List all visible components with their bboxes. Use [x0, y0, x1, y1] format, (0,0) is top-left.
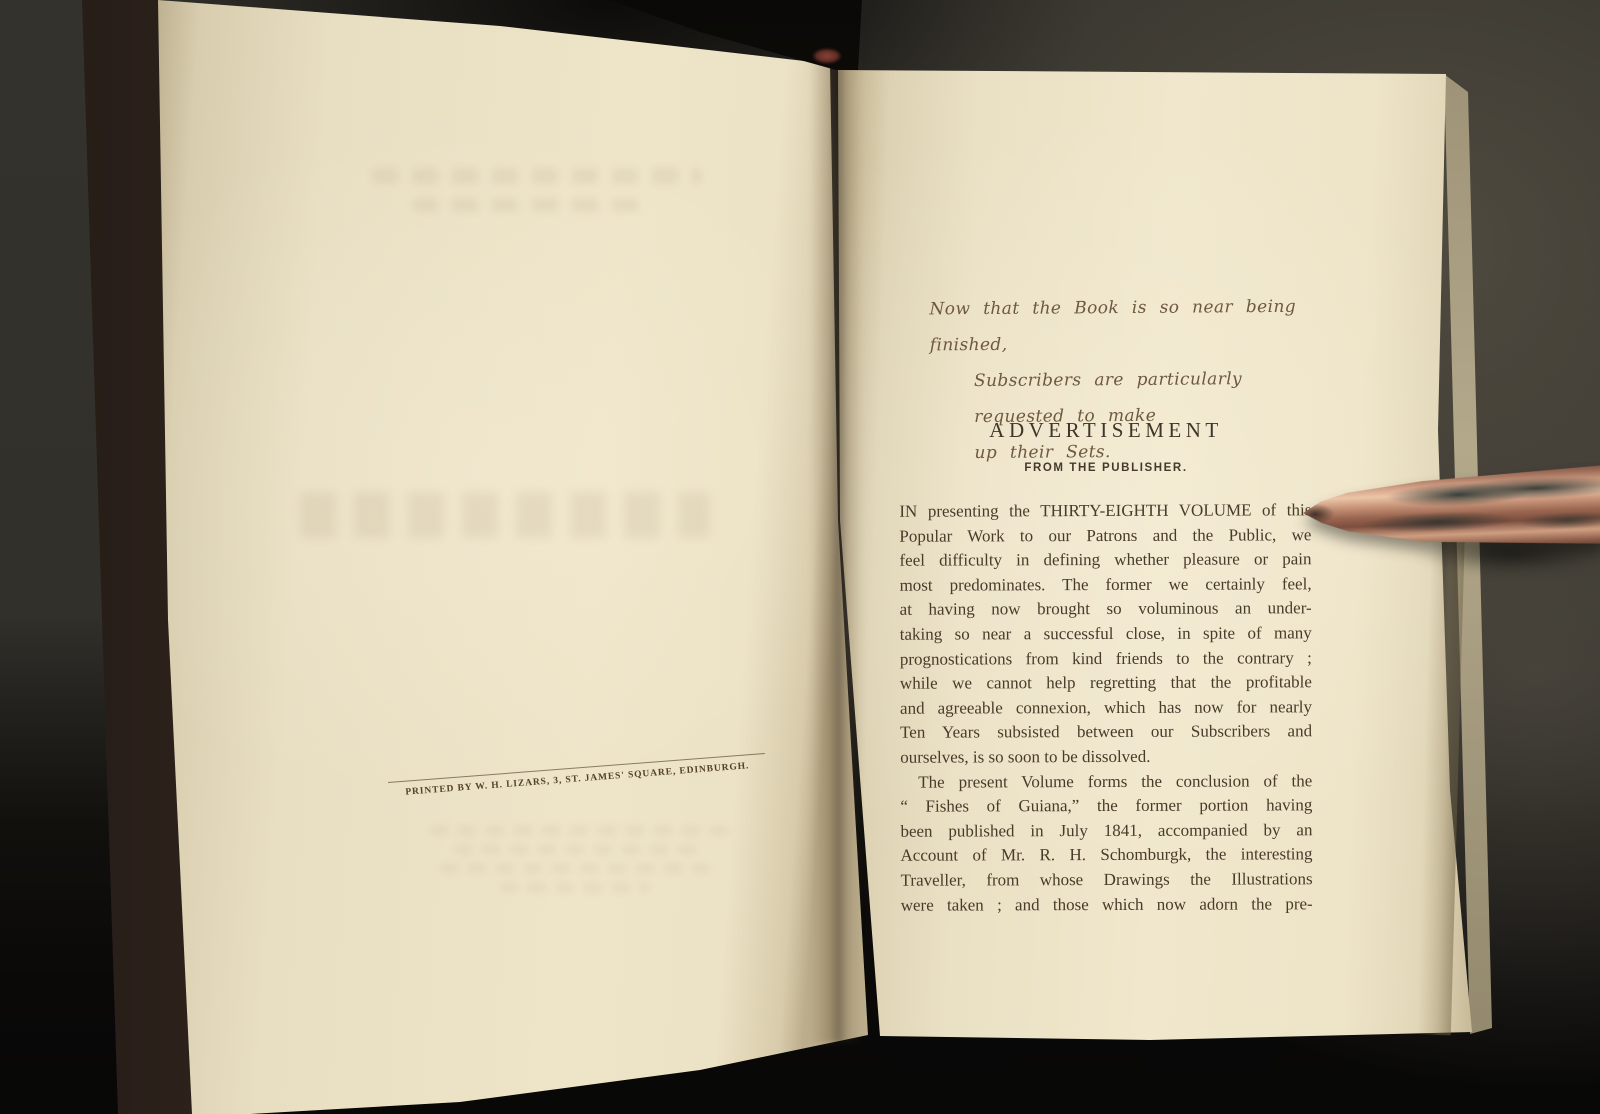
body-line: ourselves, is so soon to be dissolved. — [900, 744, 1312, 770]
body-line: at having now brought so voluminous an u… — [900, 597, 1312, 623]
body-line: and agreeable connexion, which has now f… — [900, 695, 1312, 721]
body-line: The present Volume forms the conclusion … — [900, 769, 1312, 795]
body-line: taking so near a successful close, in sp… — [900, 621, 1312, 647]
body-line: Account of Mr. R. H. Schomburgk, the int… — [900, 843, 1312, 869]
show-through-ghost — [430, 826, 730, 902]
pen — [1301, 459, 1600, 558]
body-line: prognostications from kind friends to th… — [900, 646, 1312, 672]
headband — [812, 48, 842, 64]
body-line: “ Fishes of Guiana,” the former portion … — [900, 793, 1312, 819]
show-through-ghost — [300, 492, 710, 538]
publisher-subheading: FROM THE PUBLISHER. — [898, 462, 1314, 474]
handwritten-inscription: Now that the Book is so near being finis… — [929, 289, 1320, 472]
body-line: feel difficulty in defining whether plea… — [899, 547, 1311, 573]
body-line: been published in July 1841, accompanied… — [900, 818, 1312, 844]
inscription-line: Now that the Book is so near being finis… — [929, 289, 1319, 364]
body-line: most predominates. The former we certain… — [900, 572, 1312, 598]
body-line: IN presenting the THIRTY-EIGHTH VOLUME o… — [899, 498, 1311, 524]
body-line: Traveller, from whose Drawings the Illus… — [901, 867, 1313, 893]
book-photo: PRINTED BY W. H. LIZARS, 3, ST. JAMES' S… — [0, 0, 1600, 1114]
pen-body — [1301, 459, 1600, 558]
body-line: Ten Years subsisted between our Subscrib… — [900, 720, 1312, 746]
gutter-shadow — [810, 58, 862, 1043]
advertisement-body: IN presenting the THIRTY-EIGHTH VOLUME o… — [899, 498, 1312, 918]
body-line: Popular Work to our Patrons and the Publ… — [899, 523, 1311, 549]
show-through-ghost — [372, 168, 702, 212]
body-line: were taken ; and those which now adorn t… — [901, 892, 1313, 918]
body-line: while we cannot help regretting that the… — [900, 670, 1312, 696]
advertisement-heading: ADVERTISEMENT — [898, 418, 1314, 443]
